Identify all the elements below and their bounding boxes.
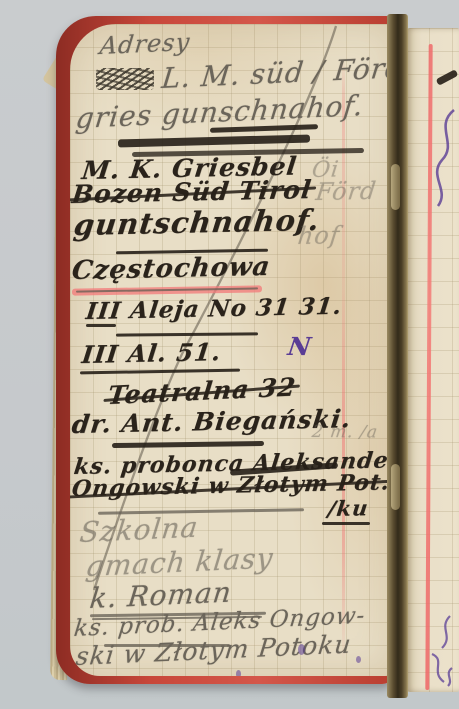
handwritten-line-czestochowa: Częstochowa [70,252,272,286]
right-notebook-page [406,28,459,692]
purple-ink-smudge [298,644,305,655]
purple-ink-mark-n: N [286,332,314,361]
underline-mark [322,522,370,525]
scribbled-out-word [96,68,154,90]
purple-flourish-mark [428,104,459,214]
handwritten-line-szkolna: Szkolna [78,511,200,550]
pencil-ghost-text: 2 m. /a [311,422,380,442]
handwritten-line-adresy: Adresy [98,28,191,60]
heavy-underline-mark [112,441,264,448]
notebook-scan: Adresy L. M. süd / Förd gries gunschnaho… [0,0,459,709]
handwritten-line-iii-aleja: III Aleja No 31 31. [84,293,343,325]
underline-mark [116,332,258,336]
spine-fold-highlight [391,464,400,510]
purple-ink-smudge [236,670,241,676]
handwritten-line-gmach: gmach klasy [84,541,275,583]
handwritten-line-guntschnahof: guntschnahof. [72,203,322,242]
book-spine-gutter [387,14,408,698]
left-notebook-page: Adresy L. M. süd / Förd gries gunschnaho… [70,24,395,676]
pencil-ghost-text: hof [296,221,341,250]
pencil-ghost-text: Förd [314,177,378,206]
underline-mark [86,324,116,327]
underline-mark [80,369,240,375]
spine-fold-highlight [391,164,400,210]
purple-ink-smudge [356,656,361,663]
handwritten-line-dr-bieganski: dr. Ant. Biegański. [70,404,353,439]
handwritten-line-iii-al-51: III Al. 51. [80,337,223,369]
handwritten-line-teatralna: Teatralna 32 [106,372,297,410]
handwritten-line-ku: /ku [327,495,370,521]
red-margin-line [425,44,432,690]
heavy-strikethrough-mark [118,134,310,147]
ink-stroke-mark [436,69,459,86]
